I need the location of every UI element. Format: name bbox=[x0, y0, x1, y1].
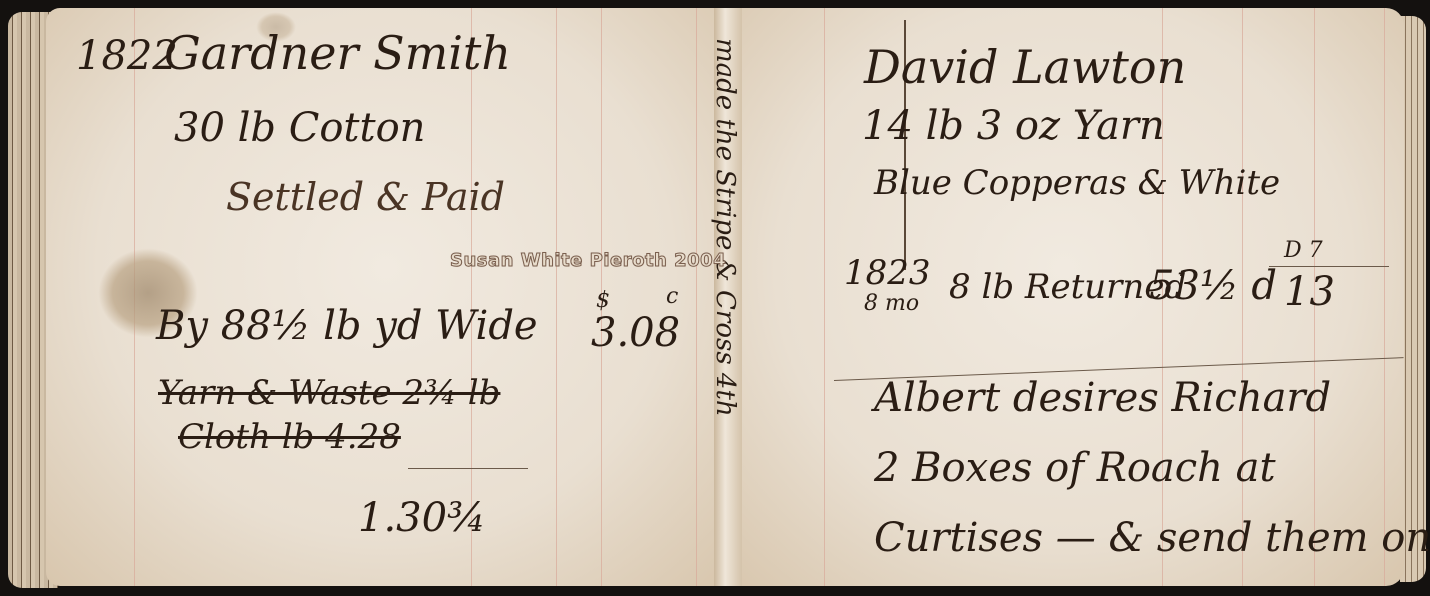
note-line-1: Albert desires Richard bbox=[874, 378, 1331, 418]
book-gutter: made the Stripe & Cross 4th bbox=[714, 8, 742, 586]
left-line-cotton: 30 lb Cotton bbox=[174, 108, 425, 148]
right-line-colors: Blue Copperas & White bbox=[874, 166, 1280, 200]
right-fraction-top: D 7 bbox=[1284, 240, 1323, 262]
right-page: David Lawton 14 lb 3 oz Yarn Blue Copper… bbox=[724, 8, 1404, 586]
right-line-amount: 53½ d bbox=[1149, 266, 1277, 306]
left-year: 1822 bbox=[76, 36, 178, 76]
left-line-yarn-waste: Yarn & Waste 2¾ lb bbox=[158, 376, 500, 410]
photo-watermark: Susan White Pieroth 2004 bbox=[450, 250, 726, 271]
left-page: 1822 Gardner Smith 30 lb Cotton Settled … bbox=[46, 8, 726, 586]
left-currency-mark: $ bbox=[596, 290, 610, 312]
right-fraction: 13 bbox=[1284, 272, 1335, 312]
right-date-mark: 8 mo bbox=[864, 293, 919, 315]
left-line-cloth: Cloth lb 4.28 bbox=[178, 420, 401, 454]
note-line-2: 2 Boxes of Roach at bbox=[874, 448, 1276, 488]
right-line-yarn: 14 lb 3 oz Yarn bbox=[862, 106, 1165, 146]
right-year: 1823 bbox=[844, 256, 931, 290]
left-account-name: Gardner Smith bbox=[164, 30, 511, 76]
gutter-vertical-note: made the Stripe & Cross 4th bbox=[712, 38, 738, 417]
left-cents-mark: c bbox=[666, 286, 678, 308]
ledger-book: 1822 Gardner Smith 30 lb Cotton Settled … bbox=[8, 4, 1426, 592]
left-line-by: By 88½ lb yd Wide bbox=[156, 306, 538, 346]
left-total: 1.30¾ bbox=[358, 498, 486, 538]
right-account-name: David Lawton bbox=[864, 44, 1186, 90]
note-line-3: Curtises — & send them on bbox=[874, 518, 1430, 558]
settled-paid-note: Settled & Paid bbox=[226, 178, 505, 216]
left-line-by-amount: 3.08 bbox=[591, 313, 680, 353]
